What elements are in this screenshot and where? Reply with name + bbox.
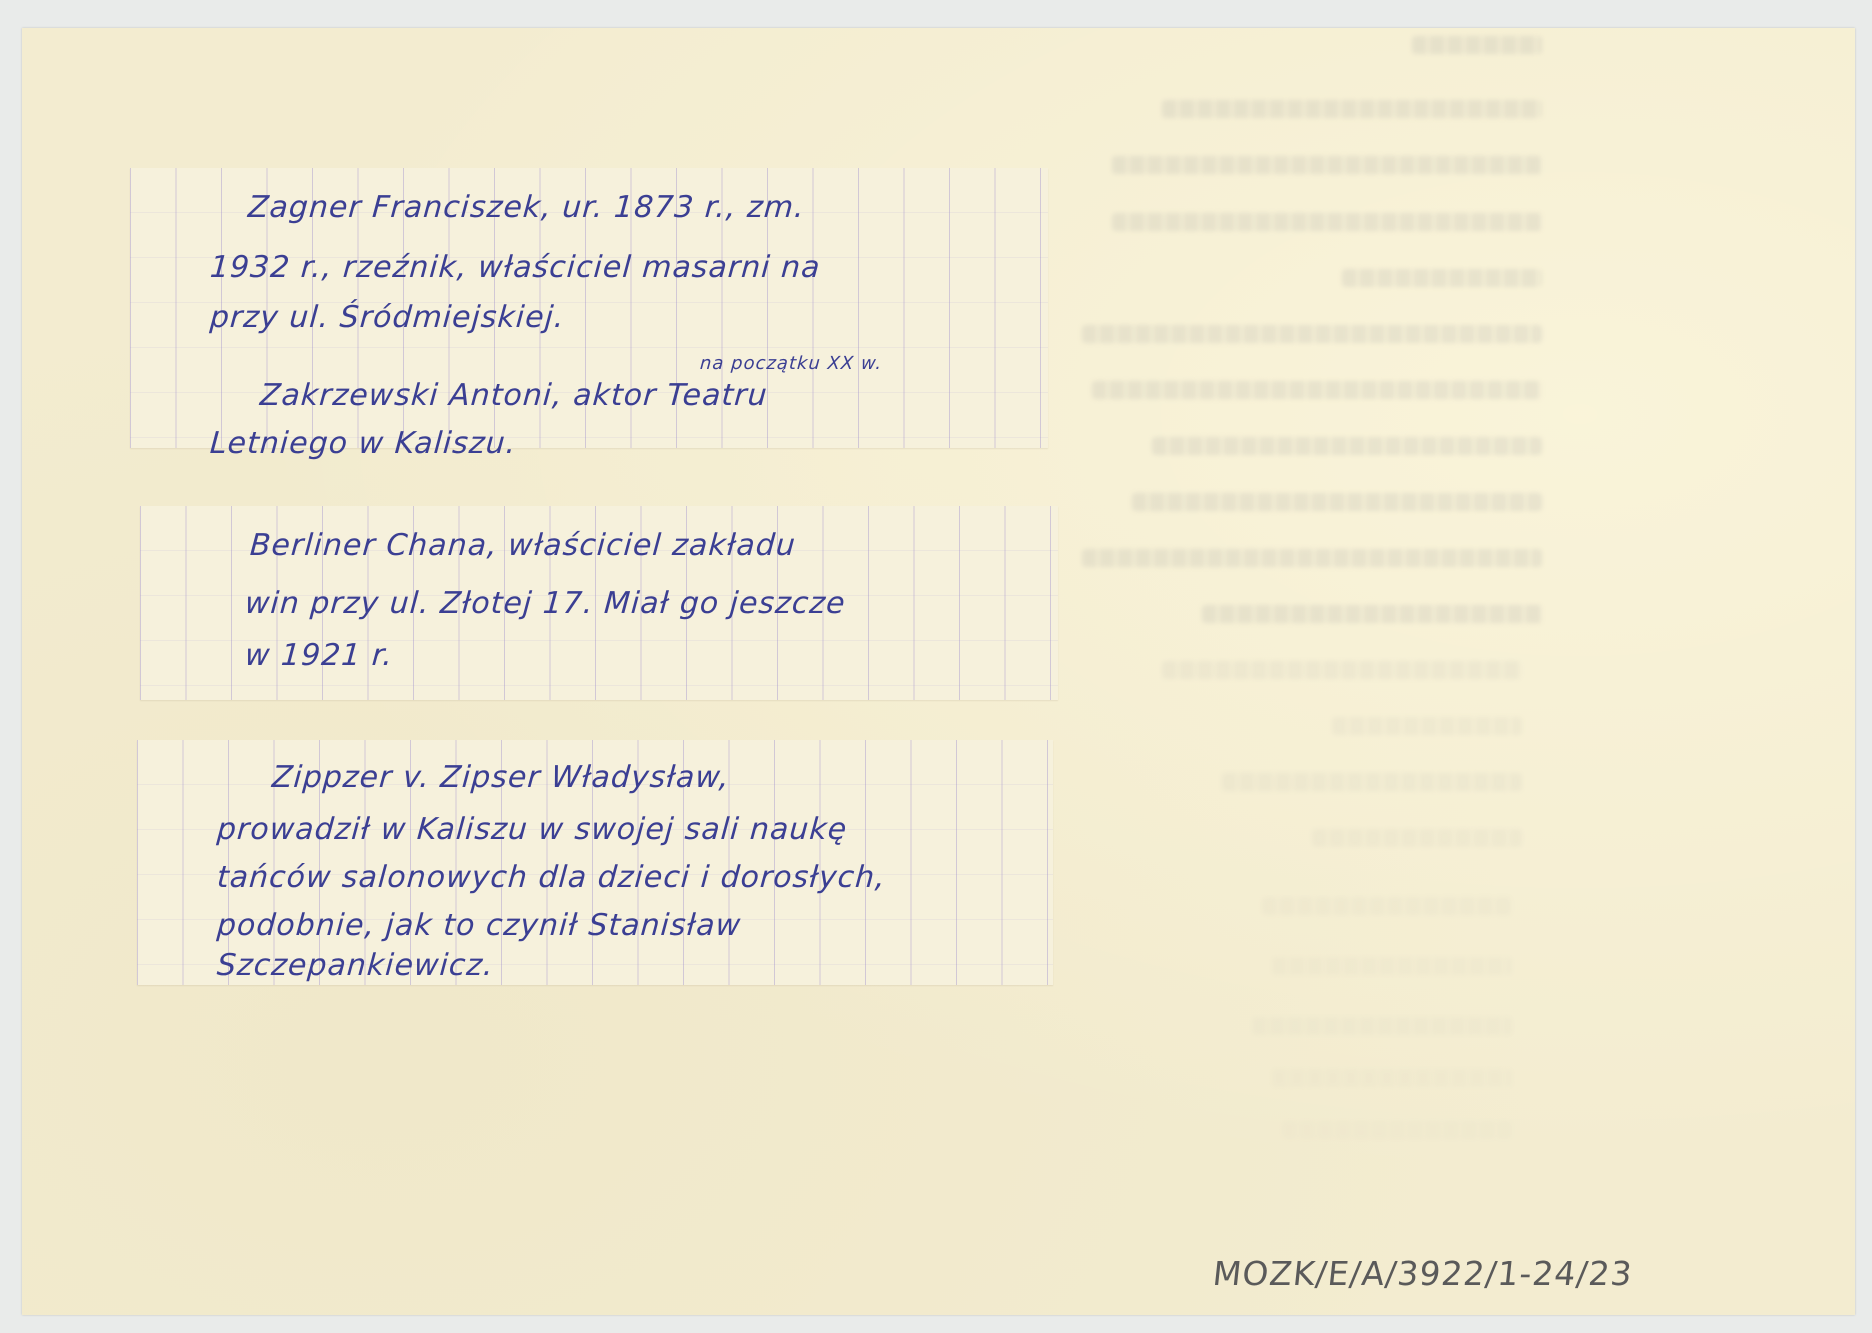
index-card-2: Berliner Chana, właściciel zakładu win p… (140, 506, 1058, 700)
card-3-line-2: prowadził w Kaliszu w swojej sali naukę (216, 812, 849, 847)
index-card-1: Zagner Franciszek, ur. 1873 r., zm. 1932… (130, 168, 1048, 448)
card-1-line-2: 1932 r., rzeźnik, właściciel masarni na (209, 250, 822, 285)
catalog-number: MOZK/E/A/3922/1-24/23 (1211, 1254, 1635, 1293)
card-3-line-5: Szczepankiewicz. (216, 948, 495, 983)
card-1-line-1: Zagner Franciszek, ur. 1873 r., zm. (247, 190, 806, 225)
card-2-line-2: win przy ul. Złotej 17. Miał go jeszcze (244, 586, 847, 621)
card-1-line-4: Zakrzewski Antoni, aktor Teatru (259, 378, 769, 413)
card-3-line-1: Zippzer v. Zipser Władysław, (271, 760, 731, 795)
card-1-line-5: Letniego w Kaliszu. (209, 426, 518, 461)
card-1-line-3: przy ul. Śródmiejskiej. (209, 300, 566, 335)
card-1-insertion: na początku XX w. (699, 353, 883, 374)
card-2-line-3: w 1921 r. (244, 638, 395, 673)
card-3-line-4: podobnie, jak to czynił Stanisław (216, 908, 743, 943)
card-3-line-3: tańców salonowych dla dzieci i dorosłych… (216, 860, 887, 895)
index-card-3: Zippzer v. Zipser Władysław, prowadził w… (137, 740, 1053, 985)
card-2-line-1: Berliner Chana, właściciel zakładu (249, 528, 797, 563)
